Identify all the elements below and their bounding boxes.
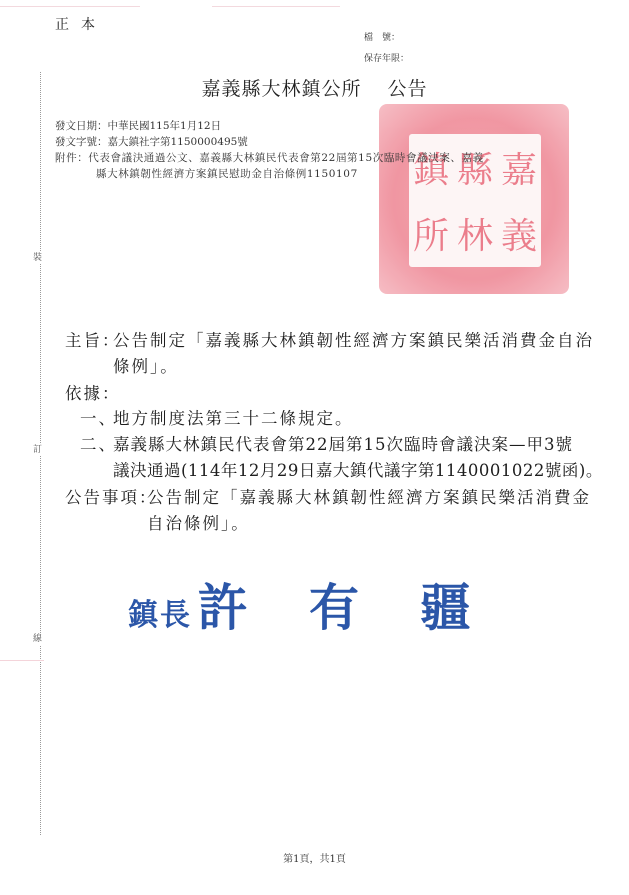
copy-type-label: 正本 [55,14,107,34]
basis-item-marker: 一、 [80,406,117,432]
basis-item-2-line-2: 議決通過(114年12月29日嘉大鎮代議字第1140001022號函)。 [113,458,603,484]
attachment-line-2: 縣大林鎮韌性經濟方案鎮民慰助金自治條例1150107 [96,166,358,182]
subject-line-1: 公告制定「嘉義縣大林鎮韌性經濟方案鎮民樂活消費金自治 [113,328,594,354]
file-number-label: 檔 號： [364,30,400,43]
binding-mark-ding: 訂 [33,444,42,456]
basis-item-2-line-1: 嘉義縣大林鎮民代表會第22屆第15次臨時會議決案—甲3號 [113,432,573,458]
page-number: 第1頁，共1頁 [0,850,629,865]
basis-label: 依據： [65,381,121,407]
mayor-signature: 鎮長 許 有 疆 [128,568,492,640]
issue-date: 發文日期：中華民國115年1月12日 [55,118,221,134]
binding-mark-zhuang: 裝 [33,252,42,264]
announcement-line-2: 自治條例」。 [147,511,250,537]
announcement-line-1: 公告制定「嘉義縣大林鎮韌性經濟方案鎮民樂活消費金 [147,485,591,511]
seal-char: 林 [453,201,497,268]
scan-artifact-line [212,6,340,7]
document-title: 嘉義縣大林鎮公所公告 [0,74,629,101]
signature-title: 鎮長 [128,598,192,633]
retention-period-label: 保存年限： [364,51,409,64]
seal-char: 嘉 [497,134,541,201]
attachment-line-1: 附件：代表會議決通過公文、嘉義縣大林鎮民代表會第22屆第15次臨時會議決案、嘉義 [55,150,484,166]
basis-item-marker: 二、 [80,432,117,458]
seal-char: 鎮 [409,134,453,201]
seal-char: 義 [497,201,541,268]
issue-number: 發文字號：嘉大鎮社字第1150000495號 [55,134,248,150]
binding-mark-xian: 線 [33,633,42,645]
document-type: 公告 [388,78,428,100]
official-seal: 鎮 縣 嘉 所 林 義 [379,104,569,294]
organization-name: 嘉義縣大林鎮公所 [201,78,361,100]
subject-line-2: 條例」。 [113,354,179,380]
seal-char: 所 [409,201,453,268]
signature-name: 許 有 疆 [198,578,493,637]
scan-artifact-line [0,660,44,661]
basis-item-1: 地方制度法第三十二條規定。 [113,406,354,432]
scan-artifact-line [0,6,140,7]
announcement-label: 公告事項： [65,485,158,511]
seal-char: 縣 [453,134,497,201]
